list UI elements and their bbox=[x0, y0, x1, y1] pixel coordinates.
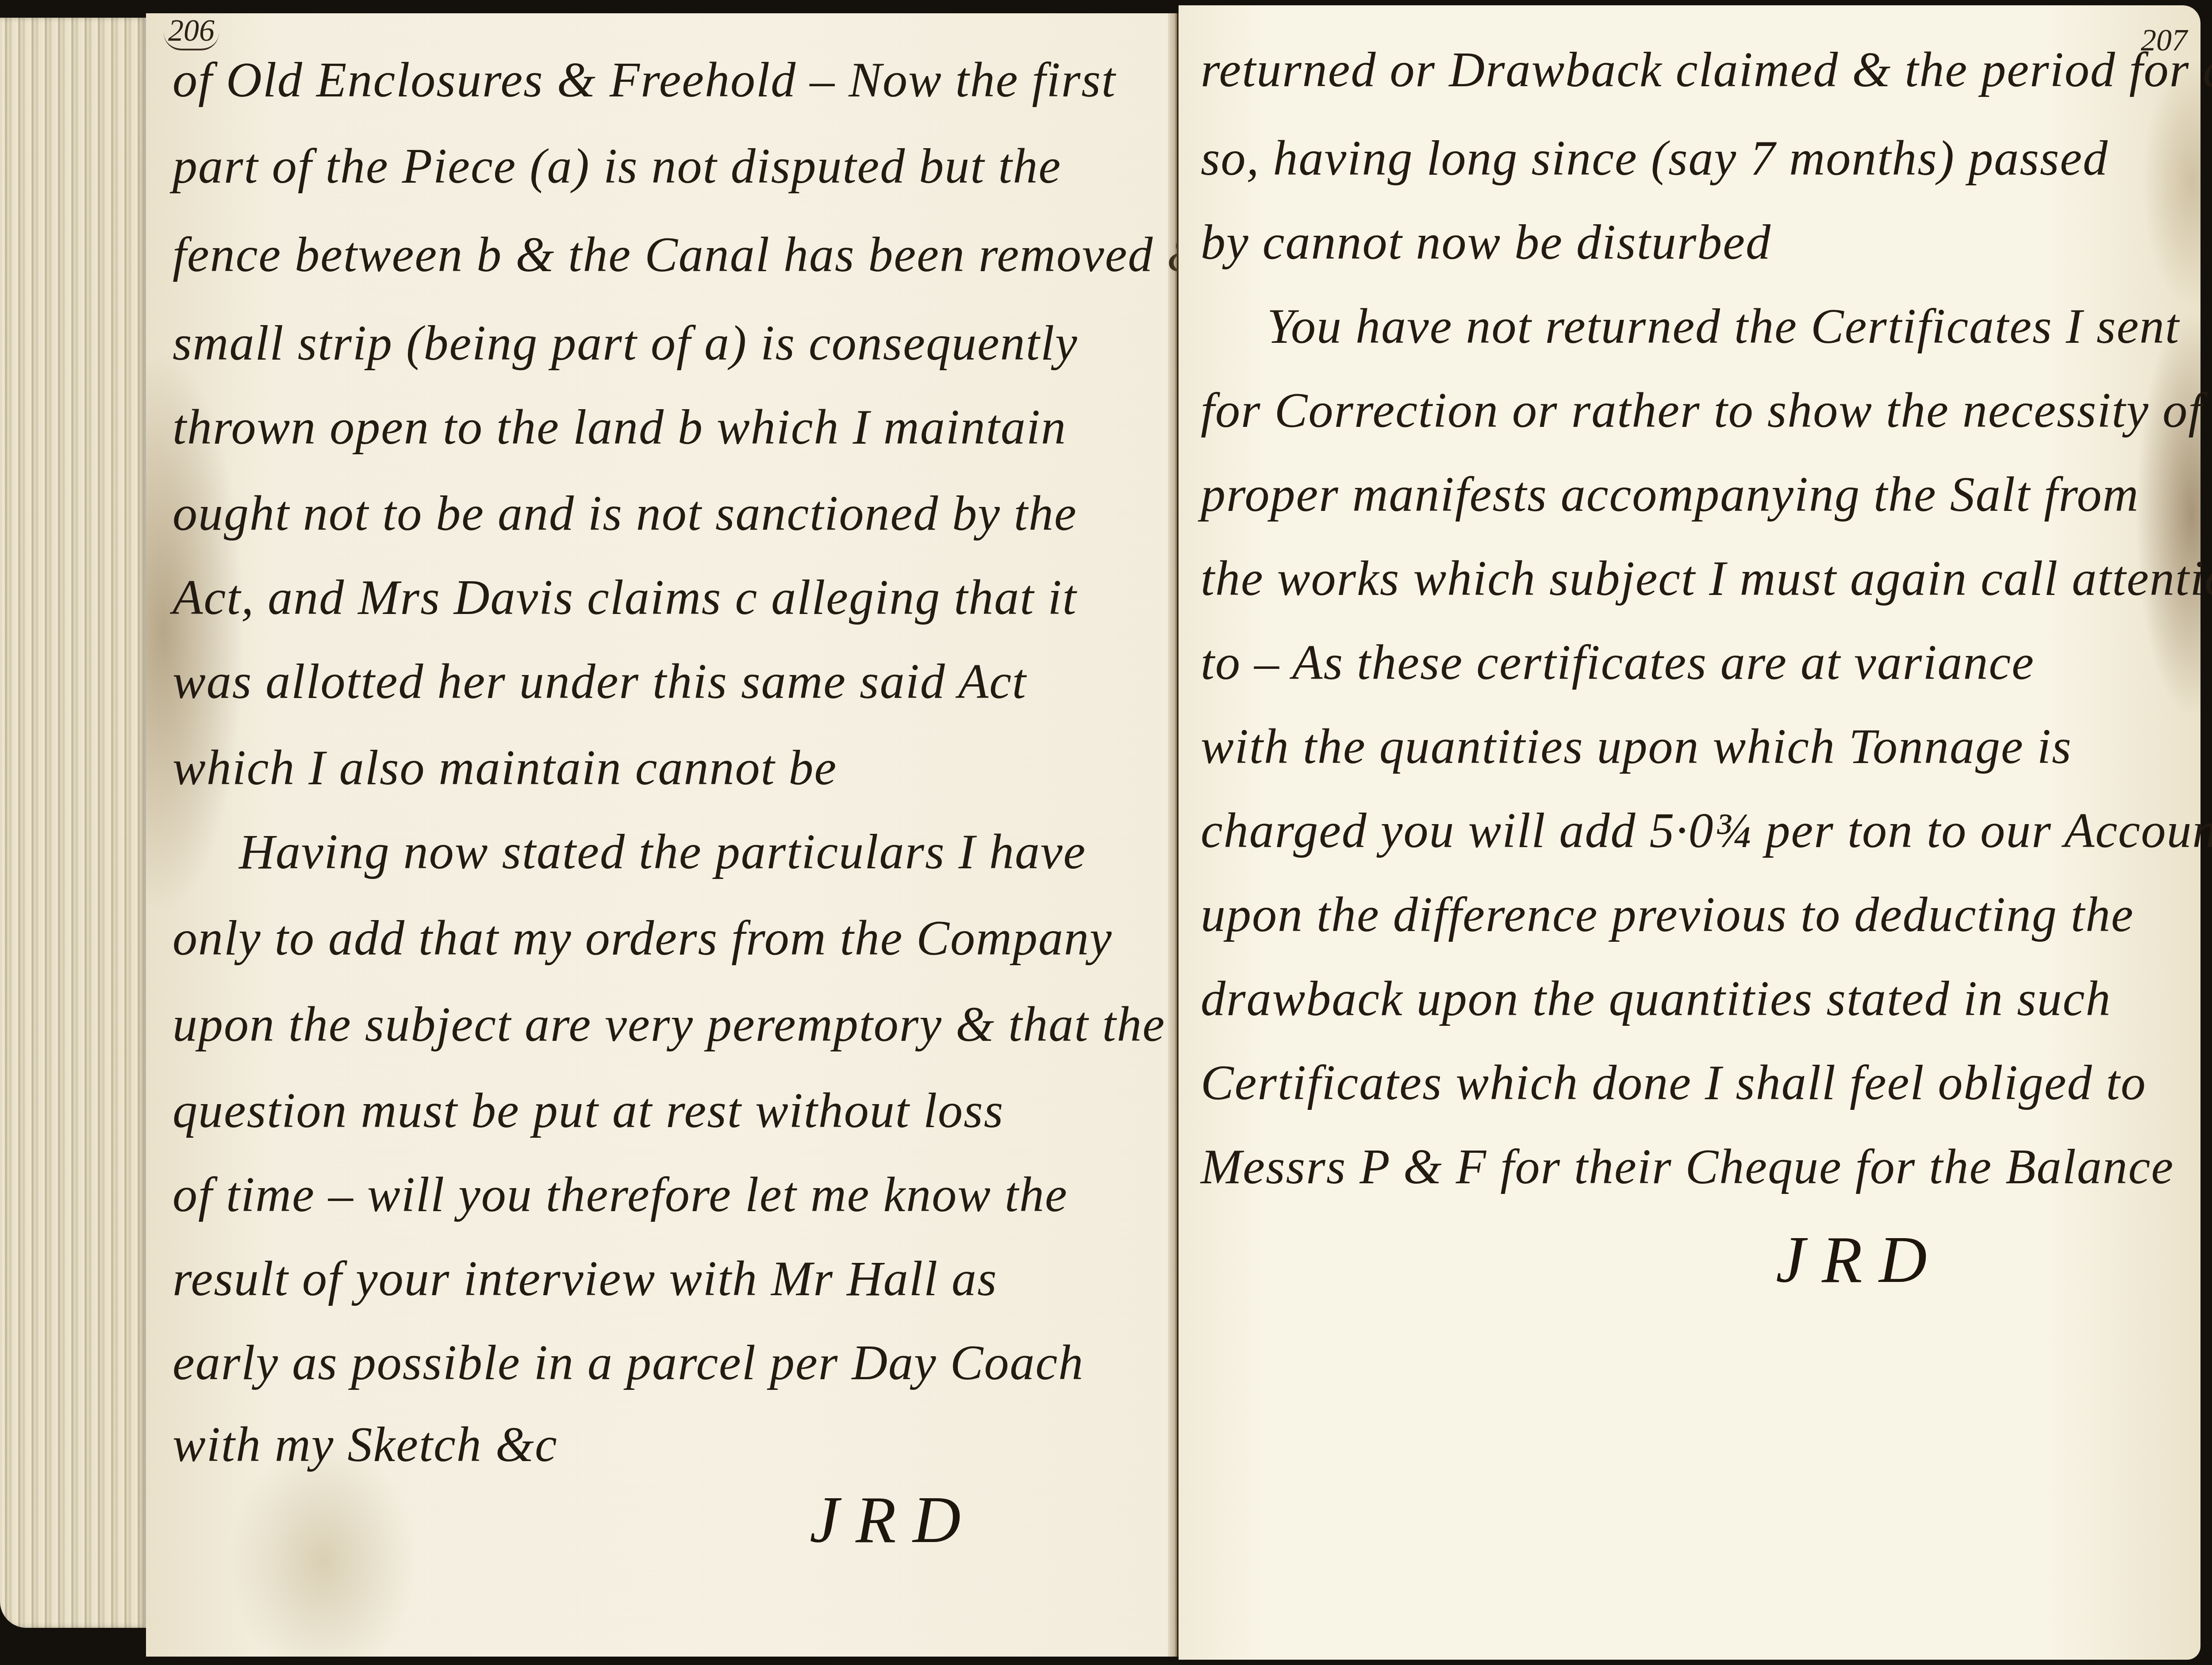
right-page: 207 returned or Drawback claimed & the p… bbox=[1179, 5, 2200, 1660]
text-line: small strip (being part of a) is consequ… bbox=[173, 318, 1078, 368]
text-line: with my Sketch &c bbox=[173, 1420, 558, 1469]
text-line: ought not to be and is not sanctioned by… bbox=[173, 489, 1077, 538]
text-line: part of the Piece (a) is not disputed bu… bbox=[173, 142, 1061, 191]
text-line: of Old Enclosures & Freehold – Now the f… bbox=[173, 55, 1116, 105]
text-line: Messrs P & F for their Cheque for the Ba… bbox=[1201, 1142, 2174, 1192]
text-line: question must be put at rest without los… bbox=[173, 1086, 1004, 1136]
open-ledger-book: 206 of Old Enclosures & Freehold – Now t… bbox=[0, 0, 2212, 1665]
text-line: upon the difference previous to deductin… bbox=[1201, 890, 2134, 940]
text-line: the works which subject I must again cal… bbox=[1201, 554, 2212, 603]
stacked-page-edges bbox=[0, 18, 146, 1628]
text-line: of time – will you therefore let me know… bbox=[173, 1170, 1068, 1220]
text-line: thrown open to the land b which I mainta… bbox=[173, 403, 1067, 452]
text-line: with the quantities upon which Tonnage i… bbox=[1201, 722, 2072, 771]
text-line: early as possible in a parcel per Day Co… bbox=[173, 1338, 1084, 1388]
text-line: by cannot now be disturbed bbox=[1201, 218, 1771, 267]
text-line: result of your interview with Mr Hall as bbox=[173, 1254, 998, 1304]
text-line: only to add that my orders from the Comp… bbox=[173, 913, 1113, 963]
signature-jrd: J R D bbox=[1776, 1222, 1927, 1298]
text-line: Having now stated the particulars I have bbox=[173, 827, 1086, 877]
text-line: charged you will add 5·0¾ per ton to our… bbox=[1201, 806, 2212, 856]
text-line: upon the subject are very peremptory & t… bbox=[173, 1000, 1165, 1049]
text-line: proper manifests accompanying the Salt f… bbox=[1201, 470, 2139, 519]
text-line: drawback upon the quantities stated in s… bbox=[1201, 974, 2111, 1024]
text-line: Certificates which done I shall feel obl… bbox=[1201, 1058, 2147, 1108]
text-line: was allotted her under this same said Ac… bbox=[173, 657, 1027, 706]
text-line: Act, and Mrs Davis claims c alleging tha… bbox=[173, 573, 1077, 622]
text-line: so, having long since (say 7 months) pas… bbox=[1201, 134, 2108, 183]
text-line: which I also maintain cannot be bbox=[173, 743, 837, 793]
text-line: You have not returned the Certificates I… bbox=[1201, 302, 2180, 351]
text-line: to – As these certificates are at varian… bbox=[1201, 638, 2035, 687]
page-number-left: 206 bbox=[164, 13, 219, 50]
text-line: returned or Drawback claimed & the perio… bbox=[1201, 45, 2212, 95]
left-page: 206 of Old Enclosures & Freehold – Now t… bbox=[146, 13, 1177, 1657]
text-line: fence between b & the Canal has been rem… bbox=[173, 230, 1283, 280]
text-line: for Correction or rather to show the nec… bbox=[1201, 386, 2203, 435]
signature-jrd: J R D bbox=[810, 1482, 961, 1558]
